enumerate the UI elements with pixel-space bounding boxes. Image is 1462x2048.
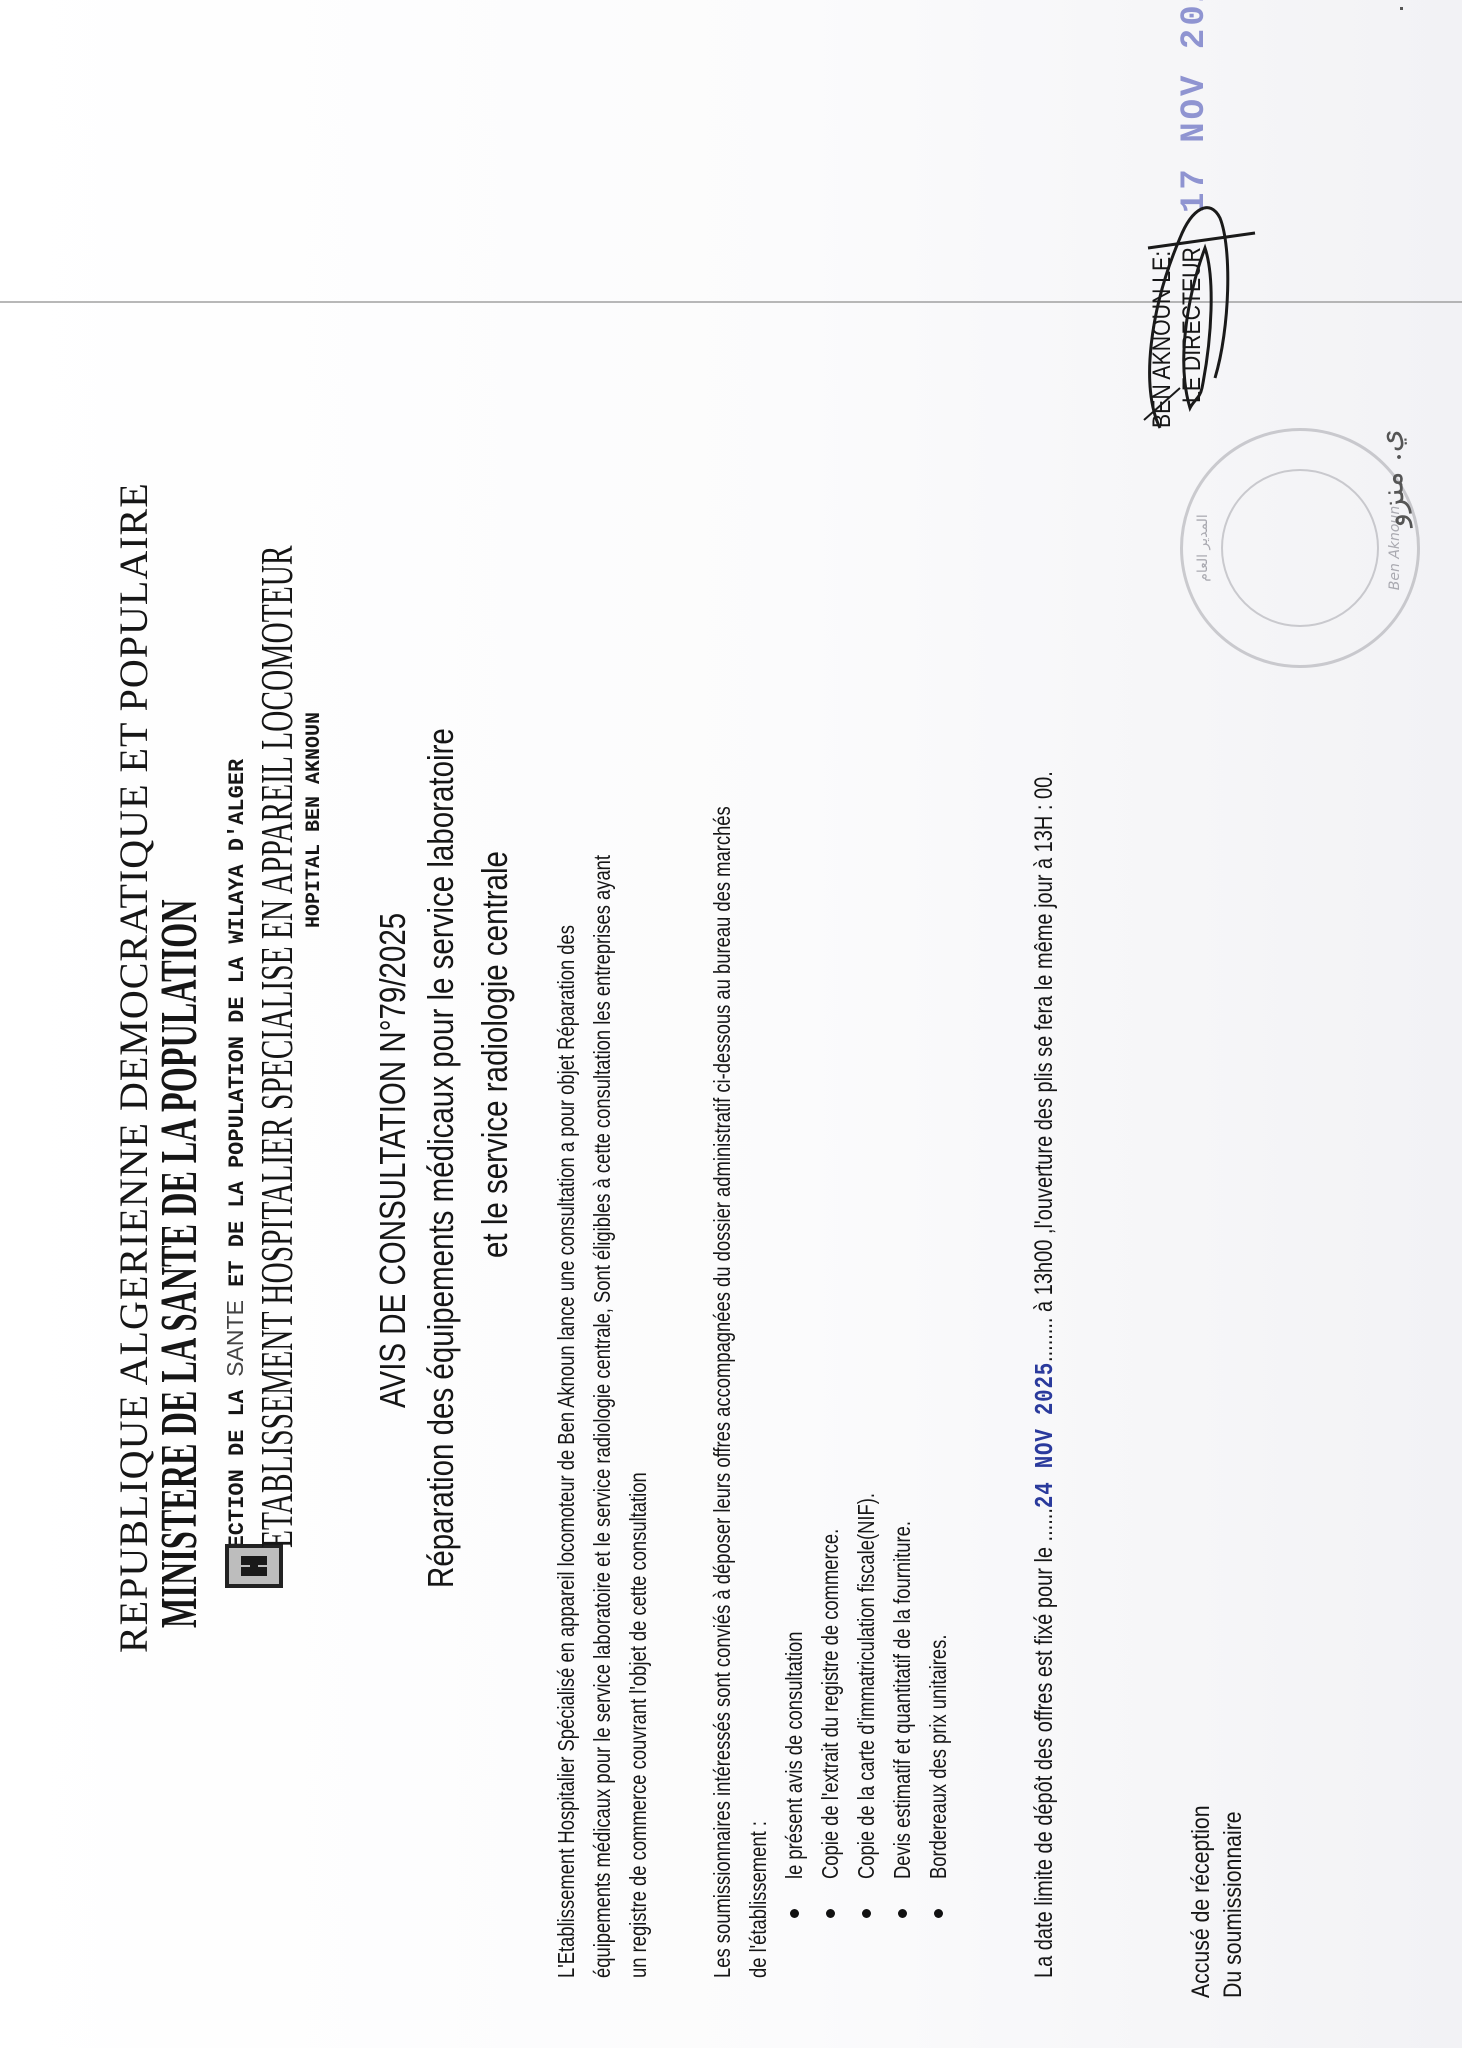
paragraph-line: L'Etablissement Hospitalier Spécialisé e… bbox=[548, 925, 584, 1978]
hospital-h-logo-icon bbox=[225, 1544, 283, 1588]
deadline-prefix: La date limite de dépôt des offres est f… bbox=[1030, 1508, 1058, 1978]
paragraph-introduction: L'Etablissement Hospitalier Spécialisé e… bbox=[548, 574, 656, 1978]
deadline-suffix: ........ à 13h00 ,l'ouverture des plis s… bbox=[1030, 771, 1058, 1362]
paragraph-submission: Les soumissionnaires intéressés sont con… bbox=[704, 513, 776, 1978]
list-item: Devis estimatif et quantitatif de la fou… bbox=[884, 1397, 920, 1918]
direction-suffix: ET DE LA POPULATION DE LA WILAYA D'ALGER bbox=[225, 759, 250, 1287]
seal-inner-ring bbox=[1221, 469, 1379, 627]
header-hospital: HOPITAL BEN AKNOUN bbox=[303, 712, 326, 928]
notice-title-text: AVIS DE CONSULTATION N°79/2025 bbox=[372, 913, 414, 1408]
header-establishment: ETABLISSEMENT HOSPITALIER SPECIALISE EN … bbox=[250, 0, 303, 1548]
paragraph-line: de l'établissement : bbox=[740, 1821, 776, 1978]
bullet-icon bbox=[934, 1909, 943, 1918]
header-establishment-text: ETABLISSEMENT HOSPITALIER SPECIALISE EN … bbox=[250, 545, 303, 1548]
notice-subject-line1-text: Réparation des équipements médicaux pour… bbox=[420, 728, 462, 1588]
deadline-sentence: La date limite de dépôt des offres est f… bbox=[1030, 469, 1060, 1978]
notice-subject-line2: et le service radiologie centrale bbox=[474, 762, 516, 1258]
direction-sante: SANTE bbox=[222, 1300, 248, 1377]
bullet-icon bbox=[790, 1909, 799, 1918]
acknowledgement-line1: Accusé de réception bbox=[1185, 1805, 1217, 1998]
paragraph-line: Les soumissionnaires intéressés sont con… bbox=[704, 806, 740, 1978]
acknowledgement-block: Accusé de réception Du soumissionnaire bbox=[1185, 1771, 1249, 1998]
bullet-icon bbox=[898, 1909, 907, 1918]
required-documents-list: le présent avis de consultation Copie de… bbox=[776, 1397, 956, 1918]
bullet-icon bbox=[826, 1909, 835, 1918]
list-item: le présent avis de consultation bbox=[776, 1397, 812, 1918]
list-item: Copie de la carte d'immatriculation fisc… bbox=[848, 1397, 884, 1918]
corner-mark bbox=[1400, 7, 1403, 10]
list-item: Bordereaux des prix unitaires. bbox=[920, 1397, 956, 1918]
list-item: Copie de l'extrait du registre de commer… bbox=[812, 1397, 848, 1918]
header-ministry: MINISTERE DE LA SANTE DE LA POPULATION bbox=[150, 453, 209, 1628]
notice-title: AVIS DE CONSULTATION N°79/2025 bbox=[372, 804, 414, 1408]
header-ministry-text: MINISTERE DE LA SANTE DE LA POPULATION bbox=[150, 899, 209, 1628]
paragraph-line: équipements médicaux pour le service lab… bbox=[584, 855, 620, 1978]
paragraph-line: un registre de commerce couvrant l'objet… bbox=[620, 1472, 656, 1978]
acknowledgement-line2: Du soumissionnaire bbox=[1217, 1811, 1249, 1998]
handwritten-note: ي. منزو bbox=[1372, 428, 1414, 529]
document-page: REPUBLIQUE ALGERIENNE DEMOCRATIQUE ET PO… bbox=[0, 0, 1462, 2048]
signature-icon bbox=[1120, 168, 1270, 448]
notice-subject-line1: Réparation des équipements médicaux pour… bbox=[420, 539, 462, 1588]
bullet-icon bbox=[862, 1909, 871, 1918]
header-direction: DIRECTION DE LA SANTE ET DE LA POPULATIO… bbox=[222, 759, 250, 1588]
seal-text-top: المدير العام bbox=[1195, 431, 1211, 665]
deadline-date-stamp: 24 NOV 2025 bbox=[1030, 1362, 1060, 1508]
notice-subject-line2-text: et le service radiologie centrale bbox=[474, 851, 516, 1258]
